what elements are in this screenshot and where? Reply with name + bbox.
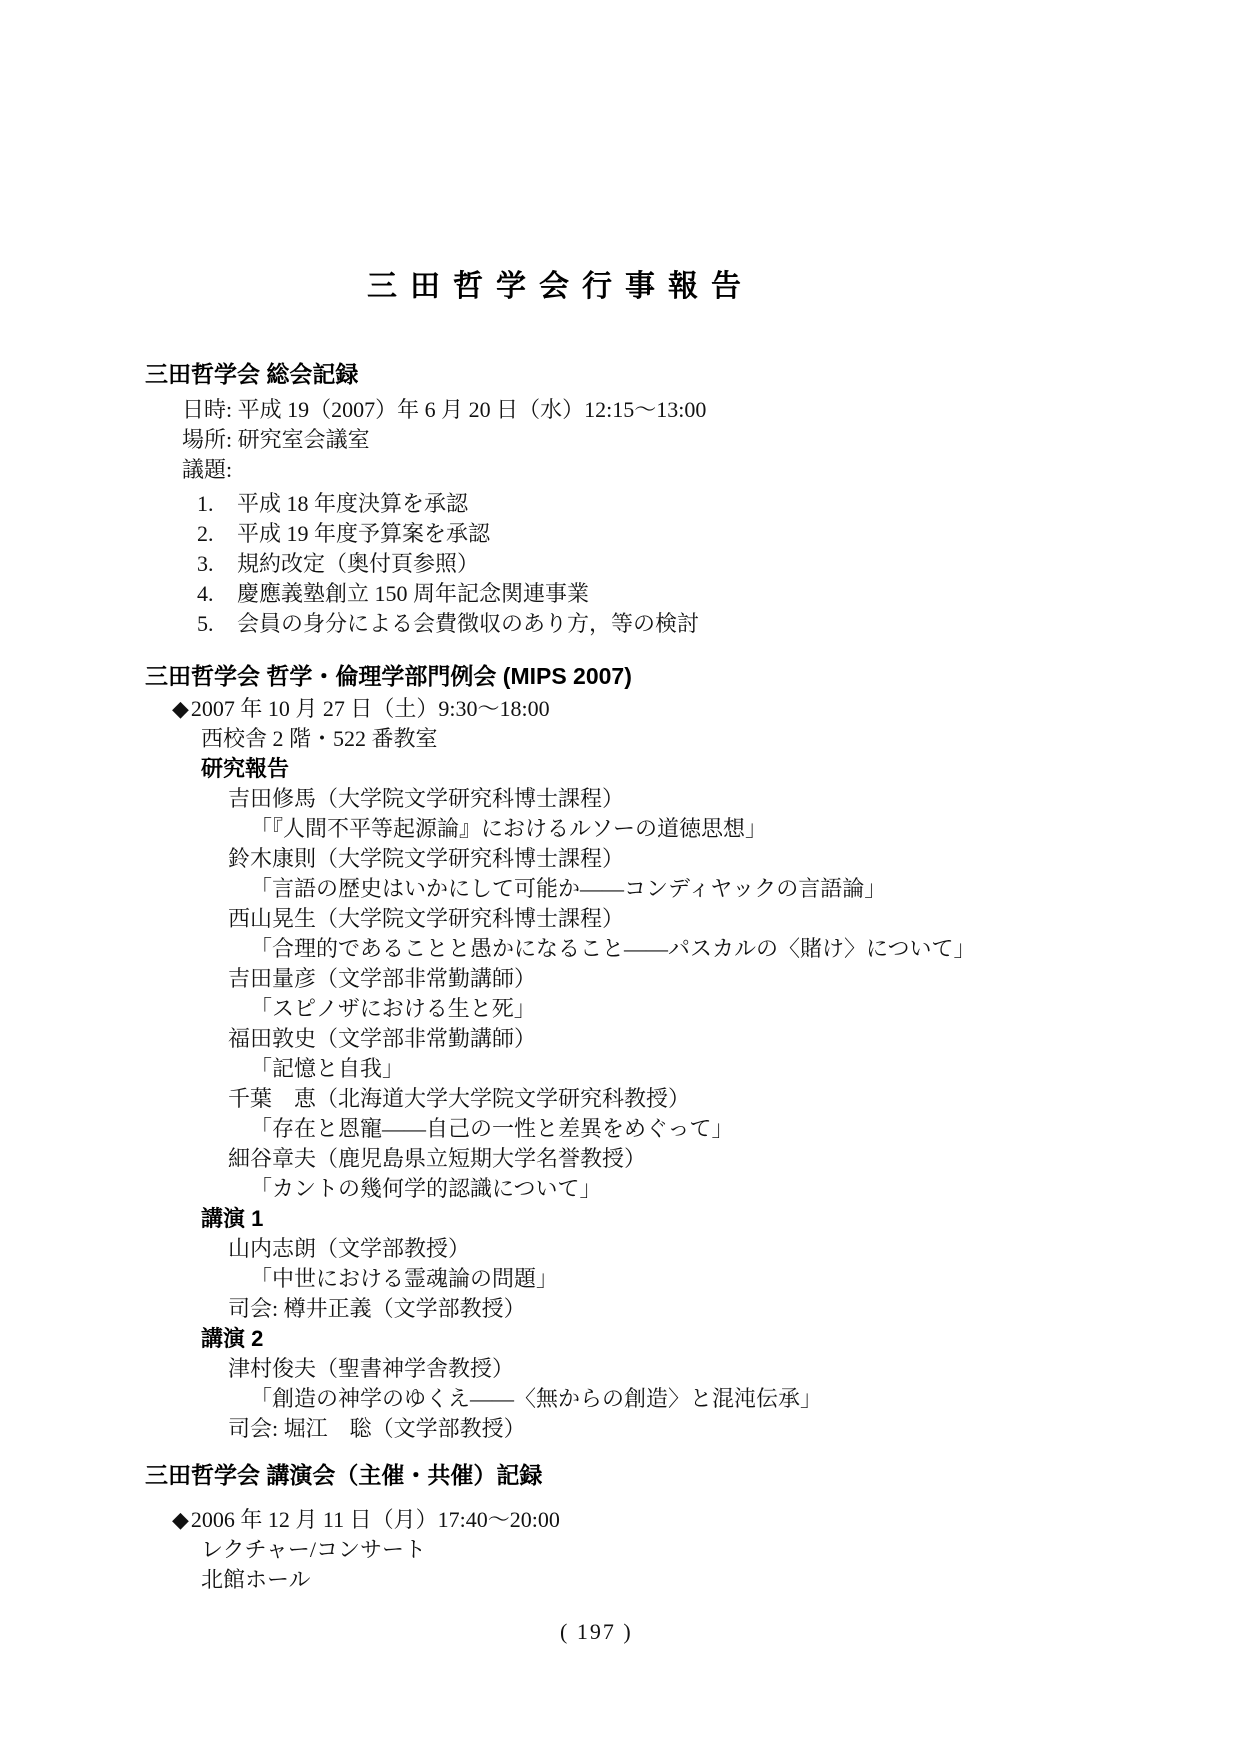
agenda-item: 1.平成 18 年度決算を承認 xyxy=(197,489,1170,519)
speaker-name: 細谷章夫（鹿児島県立短期大学名誉教授） xyxy=(228,1144,1170,1174)
moderator-name: 司会: 樽井正義（文学部教授） xyxy=(228,1294,1170,1324)
moderator-name: 司会: 堀江 聡（文学部教授） xyxy=(228,1414,1170,1444)
meeting-venue: 場所: 研究室会議室 xyxy=(182,425,1170,455)
section-lecture-records: 三田哲学会 講演会（主催・共催）記録 ◆2006 年 12 月 11 日（月）1… xyxy=(145,1460,1170,1595)
diamond-bullet-icon: ◆ xyxy=(172,1507,189,1532)
record-event: レクチャー/コンサート xyxy=(201,1535,1170,1565)
speaker-name: 吉田修馬（大学院文学研究科博士課程） xyxy=(228,784,1170,814)
talk-title: 「言語の歴史はいかにして可能か——コンディヤックの言語論」 xyxy=(250,874,1170,904)
talk-title: 「存在と恩寵——自己の一性と差異をめぐって」 xyxy=(250,1114,1170,1144)
presentation-entry: 吉田修馬（大学院文学研究科博士課程） 「『人間不平等起源論』におけるルソーの道徳… xyxy=(145,784,1170,844)
presentation-entry: 西山晃生（大学院文学研究科博士課程） 「合理的であることと愚かになること——パス… xyxy=(145,904,1170,964)
general-meeting-heading: 三田哲学会 総会記録 xyxy=(145,359,1170,389)
agenda-list: 1.平成 18 年度決算を承認 2.平成 19 年度予算案を承認 3.規約改定（… xyxy=(197,489,1170,639)
agenda-item-text: 平成 18 年度決算を承認 xyxy=(237,491,468,516)
lecture-entry: 津村俊夫（聖書神学舎教授） 「創造の神学のゆくえ——〈無からの創造〉と混沌伝承」… xyxy=(145,1354,1170,1444)
talk-title: 「カントの幾何学的認識について」 xyxy=(250,1174,1170,1204)
speaker-name: 千葉 恵（北海道大学大学院文学研究科教授） xyxy=(228,1084,1170,1114)
mips-date: 2007 年 10 月 27 日（土）9:30～18:00 xyxy=(191,696,550,721)
agenda-item-number: 2. xyxy=(197,519,237,549)
talk-title: 「『人間不平等起源論』におけるルソーの道徳思想」 xyxy=(250,814,1170,844)
speaker-name: 山内志朗（文学部教授） xyxy=(228,1234,1170,1264)
agenda-item: 3.規約改定（奥付頁参照） xyxy=(197,549,1170,579)
agenda-item-text: 慶應義塾創立 150 周年記念関連事業 xyxy=(237,581,589,606)
section-general-meeting: 三田哲学会 総会記録 日時: 平成 19（2007）年 6 月 20 日（水）1… xyxy=(145,359,1170,639)
page-title: 三田哲学会行事報告 xyxy=(367,270,1170,304)
page-number: ( 197 ) xyxy=(560,1618,633,1646)
presentation-entry: 鈴木康則（大学院文学研究科博士課程） 「言語の歴史はいかにして可能か——コンディ… xyxy=(145,844,1170,904)
talk-title: 「記憶と自我」 xyxy=(250,1054,1170,1084)
lecture-entry: 山内志朗（文学部教授） 「中世における霊魂論の問題」 司会: 樽井正義（文学部教… xyxy=(145,1234,1170,1324)
presentation-entry: 細谷章夫（鹿児島県立短期大学名誉教授） 「カントの幾何学的認識について」 xyxy=(145,1144,1170,1204)
mips-heading: 三田哲学会 哲学・倫理学部門例会 (MIPS 2007) xyxy=(145,661,1170,691)
talk-title: 「スピノザにおける生と死」 xyxy=(250,994,1170,1024)
record-date: 2006 年 12 月 11 日（月）17:40～20:00 xyxy=(191,1507,560,1532)
meeting-datetime: 日時: 平成 19（2007）年 6 月 20 日（水）12:15～13:00 xyxy=(182,395,1170,425)
speaker-name: 西山晃生（大学院文学研究科博士課程） xyxy=(228,904,1170,934)
agenda-item-number: 3. xyxy=(197,549,237,579)
section-mips-meeting: 三田哲学会 哲学・倫理学部門例会 (MIPS 2007) ◆2007 年 10 … xyxy=(145,661,1170,1444)
presentation-entry: 福田敦史（文学部非常勤講師） 「記憶と自我」 xyxy=(145,1024,1170,1084)
lecture1-subheading: 講演 1 xyxy=(201,1204,1170,1234)
meeting-meta: 日時: 平成 19（2007）年 6 月 20 日（水）12:15～13:00 … xyxy=(182,395,1170,485)
agenda-label: 議題: xyxy=(182,455,1170,485)
agenda-item-text: 規約改定（奥付頁参照） xyxy=(237,551,479,576)
presentation-entry: 吉田量彦（文学部非常勤講師） 「スピノザにおける生と死」 xyxy=(145,964,1170,1024)
talk-title: 「合理的であることと愚かになること——パスカルの〈賭け〉について」 xyxy=(250,934,1170,964)
agenda-item: 2.平成 19 年度予算案を承認 xyxy=(197,519,1170,549)
diamond-bullet-icon: ◆ xyxy=(172,696,189,721)
agenda-item-number: 1. xyxy=(197,489,237,519)
agenda-item: 5.会員の身分による会費徴収のあり方，等の検討 xyxy=(197,609,1170,639)
speaker-name: 吉田量彦（文学部非常勤講師） xyxy=(228,964,1170,994)
presentation-entry: 千葉 恵（北海道大学大学院文学研究科教授） 「存在と恩寵——自己の一性と差異をめ… xyxy=(145,1084,1170,1144)
agenda-item-text: 平成 19 年度予算案を承認 xyxy=(237,521,490,546)
mips-venue: 西校舎 2 階・522 番教室 xyxy=(201,724,1170,754)
mips-date-line: ◆2007 年 10 月 27 日（土）9:30～18:00 xyxy=(172,694,1170,724)
agenda-item-number: 4. xyxy=(197,579,237,609)
talk-title: 「中世における霊魂論の問題」 xyxy=(250,1264,1170,1294)
record-venue: 北館ホール xyxy=(201,1565,1170,1595)
record-date-line: ◆2006 年 12 月 11 日（月）17:40～20:00 xyxy=(172,1505,1170,1535)
research-reports-subheading: 研究報告 xyxy=(201,754,1170,784)
speaker-name: 鈴木康則（大学院文学研究科博士課程） xyxy=(228,844,1170,874)
agenda-item-text: 会員の身分による会費徴収のあり方，等の検討 xyxy=(237,611,699,636)
lecture2-subheading: 講演 2 xyxy=(201,1324,1170,1354)
agenda-item: 4.慶應義塾創立 150 周年記念関連事業 xyxy=(197,579,1170,609)
agenda-item-number: 5. xyxy=(197,609,237,639)
speaker-name: 津村俊夫（聖書神学舎教授） xyxy=(228,1354,1170,1384)
lecture-records-heading: 三田哲学会 講演会（主催・共催）記録 xyxy=(145,1460,1170,1490)
talk-title: 「創造の神学のゆくえ——〈無からの創造〉と混沌伝承」 xyxy=(250,1384,1170,1414)
document-page: 三田哲学会行事報告 三田哲学会 総会記録 日時: 平成 19（2007）年 6 … xyxy=(0,0,1240,1755)
speaker-name: 福田敦史（文学部非常勤講師） xyxy=(228,1024,1170,1054)
